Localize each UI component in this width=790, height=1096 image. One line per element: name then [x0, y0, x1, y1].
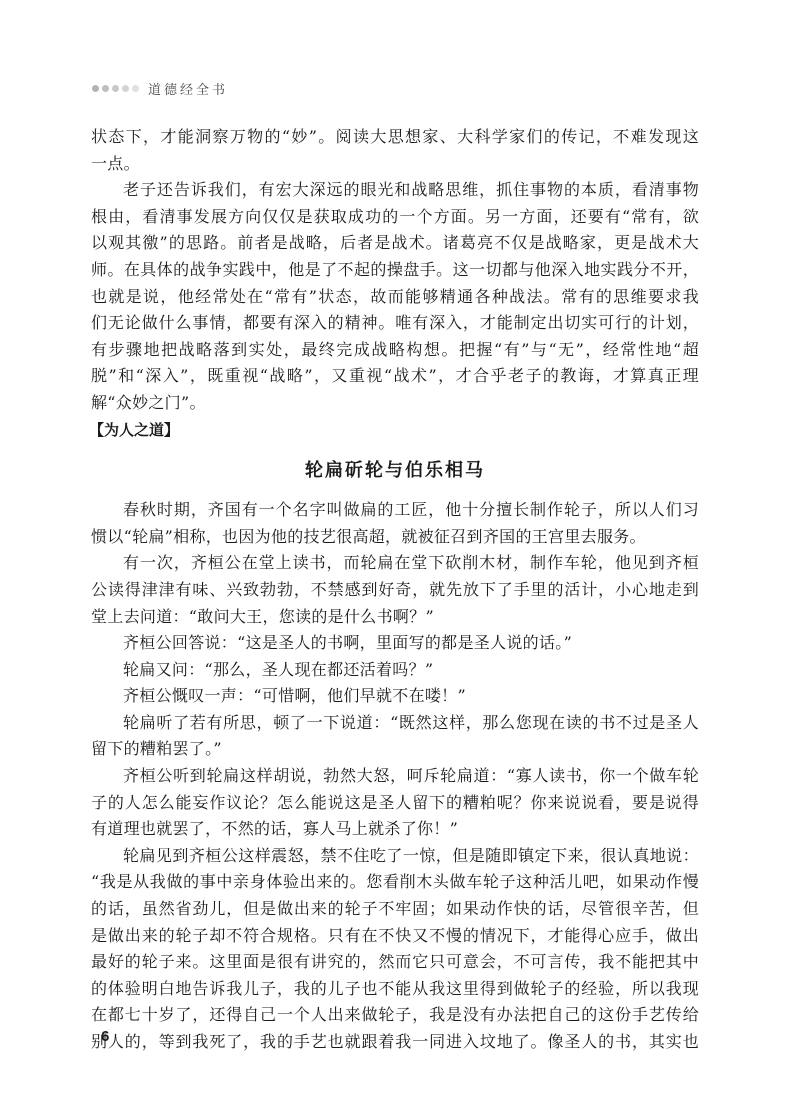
story-paragraphs: 春秋时期，齐国有一个名字叫做扁的工匠，他十分擅长制作轮子，所以人们习 惯以“轮扁…: [91, 497, 699, 1055]
running-header: 道德经全书: [92, 80, 228, 96]
story-title: 轮扁斫轮与伯乐相马: [91, 459, 699, 483]
text-line: 也就是说，他经常处在“常有”状态，故而能够精通各种战法。常有的思维要求我: [91, 284, 699, 311]
text-line: “我是从我做的事中亲身体验出来的。您看削木头做车轮子这种活儿吧，如果动作慢: [91, 869, 699, 896]
text-line: 状态下，才能洞察万物的“妙”。阅读大思想家、大科学家们的传记，不难发现这: [91, 124, 699, 151]
text-line: 在都七十岁了，还得自己一个人出来做轮子，我是没有办法把自己的这份手艺传给: [91, 1002, 699, 1029]
text-line: 轮扁见到齐桓公这样震怒，禁不住吃了一惊，但是随即镇定下来，很认真地说：: [91, 843, 699, 870]
text-line: 轮扁又问：“那么，圣人现在都还活着吗？”: [91, 657, 699, 684]
dot-icon: [102, 85, 109, 92]
text-line: 有道理也就罢了，不然的话，寡人马上就杀了你！”: [91, 816, 699, 843]
dot-icon: [132, 85, 139, 92]
text-line: 子的人怎么能妄作议论？怎么能说这是圣人留下的糟粕呢？你来说说看，要是说得: [91, 790, 699, 817]
text-line: 根由，看清事发展方向仅仅是获取成功的一个方面。另一方面，还要有“常有，欲: [91, 204, 699, 231]
intro-paragraphs: 状态下，才能洞察万物的“妙”。阅读大思想家、大科学家们的传记，不难发现这 一点。…: [91, 124, 699, 417]
text-line: 一点。: [91, 151, 699, 178]
text-line: 堂上去问道：“敢问大王，您读的是什么书啊？”: [91, 604, 699, 631]
page-number: 6: [101, 1028, 109, 1045]
text-line: 的体验明白地告诉我儿子，我的儿子也不能从我这里得到做轮子的经验，所以我现: [91, 976, 699, 1003]
text-line: 有一次，齐桓公在堂上读书，而轮扁在堂下砍削木材，制作车轮，他见到齐桓: [91, 550, 699, 577]
section-label: 【为人之道】: [89, 417, 699, 444]
text-line: 老子还告诉我们，有宏大深远的眼光和战略思维，抓住事物的本质，看清事物: [91, 177, 699, 204]
text-line: 轮扁听了若有所思，顿了一下说道：“既然这样，那么您现在读的书不过是圣人: [91, 710, 699, 737]
book-title: 道德经全书: [148, 79, 228, 98]
decorative-dots-icon: [92, 85, 139, 92]
text-line: 最好的轮子来。这里面是很有讲究的，然而它只可意会，不可言传，我不能把其中: [91, 949, 699, 976]
page-body: 状态下，才能洞察万物的“妙”。阅读大思想家、大科学家们的传记，不难发现这 一点。…: [91, 124, 699, 1056]
text-line: 师。在具体的战争实践中，他是了不起的操盘手。这一切都与他深入地实践分不开，: [91, 257, 699, 284]
text-line: 齐桓公回答说：“这是圣人的书啊，里面写的都是圣人说的话。”: [91, 630, 699, 657]
dot-icon: [122, 85, 129, 92]
text-line: 留下的糟粕罢了。”: [91, 736, 699, 763]
text-line: 脱”和“深入”，既重视“战略”，又重视“战术”，才合乎老子的教诲，才算真正理: [91, 363, 699, 390]
text-line: 解“众妙之门”。: [91, 390, 699, 417]
dot-icon: [112, 85, 119, 92]
dot-icon: [92, 85, 99, 92]
text-line: 以观其徼”的思路。前者是战略，后者是战术。诸葛亮不仅是战略家，更是战术大: [91, 230, 699, 257]
text-line: 春秋时期，齐国有一个名字叫做扁的工匠，他十分擅长制作轮子，所以人们习: [91, 497, 699, 524]
text-line: 齐桓公听到轮扁这样胡说，勃然大怒，呵斥轮扁道：“寡人读书，你一个做车轮: [91, 763, 699, 790]
text-line: 公读得津津有味、兴致勃勃，不禁感到好奇，就先放下了手里的活计，小心地走到: [91, 577, 699, 604]
text-line: 齐桓公慨叹一声：“可惜啊，他们早就不在喽！”: [91, 683, 699, 710]
text-line: 有步骤地把战略落到实处，最终完成战略构想。把握“有”与“无”，经常性地“超: [91, 337, 699, 364]
text-line: 惯以“轮扁”相称，也因为他的技艺很高超，就被征召到齐国的王宫里去服务。: [91, 524, 699, 551]
text-line: 别人的，等到我死了，我的手艺也就跟着我一同进入坟地了。像圣人的书，其实也: [91, 1029, 699, 1056]
text-line: 们无论做什么事情，都要有深入的精神。唯有深入，才能制定出切实可行的计划，: [91, 310, 699, 337]
text-line: 的话，虽然省劲儿，但是做出来的轮子不牢固；如果动作快的话，尽管很辛苦，但: [91, 896, 699, 923]
text-line: 是做出来的轮子却不符合规格。只有在不快又不慢的情况下，才能得心应手，做出: [91, 923, 699, 950]
